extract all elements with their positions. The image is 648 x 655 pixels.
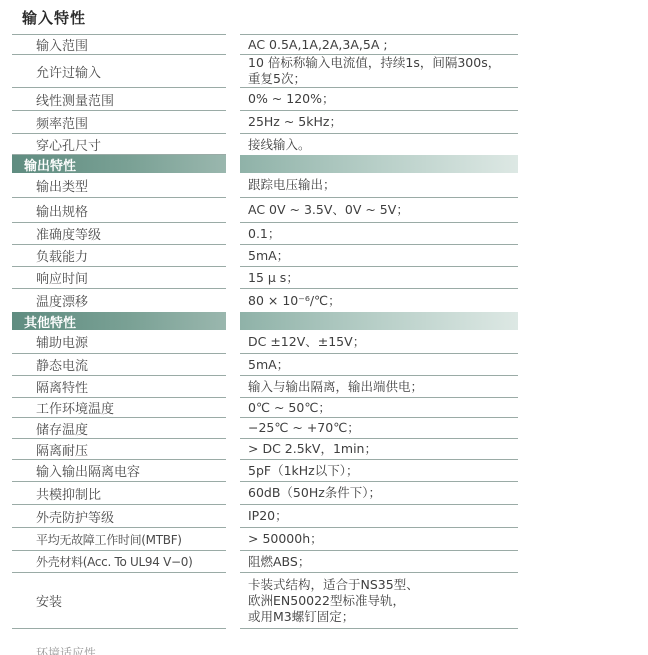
spec-row-cmrr: 共模抑制比 60dB（50Hz条件下）； bbox=[12, 482, 518, 505]
spec-label: 共模抑制比 bbox=[12, 482, 226, 505]
spec-label: 静态电流 bbox=[12, 354, 226, 376]
spec-label: 准确度等级 bbox=[12, 223, 226, 245]
spec-label: 储存温度 bbox=[12, 418, 226, 439]
spec-label: 温度漂移 bbox=[12, 289, 226, 312]
spec-value: 25Hz ~ 5kHz； bbox=[240, 111, 518, 134]
spec-label: 平均无故障工作时间(MTBF) bbox=[12, 528, 226, 551]
spec-value: 5mA； bbox=[240, 245, 518, 267]
spec-row-mounting: 安装 卡装式结构，适合于NS35型、 欧洲EN50022型标准导轨， 或用M3螺… bbox=[12, 573, 518, 629]
spec-label: 负载能力 bbox=[12, 245, 226, 267]
section-title: 输出特性 bbox=[12, 155, 226, 173]
section-header-output: 输出特性 bbox=[12, 155, 518, 173]
spec-value: 卡装式结构，适合于NS35型、 欧洲EN50022型标准导轨， 或用M3螺钉固定… bbox=[240, 573, 518, 629]
spec-value: DC ±12V、±15V； bbox=[240, 330, 518, 354]
spec-label: 安装 bbox=[12, 573, 226, 629]
spec-row-isolation: 隔离特性 输入与输出隔离，输出端供电； bbox=[12, 376, 518, 398]
spec-value: 80 × 10⁻⁶/℃； bbox=[240, 289, 518, 312]
spec-label: 响应时间 bbox=[12, 267, 226, 289]
spec-value: 0% ~ 120%； bbox=[240, 88, 518, 111]
spec-value: 0.1； bbox=[240, 223, 518, 245]
spec-value: IP20； bbox=[240, 505, 518, 528]
spec-label: 输入范围 bbox=[12, 34, 226, 55]
spec-value: > 50000h； bbox=[240, 528, 518, 551]
spec-row-load: 负载能力 5mA； bbox=[12, 245, 518, 267]
spec-value: 15 μ s； bbox=[240, 267, 518, 289]
spec-row-input-range: 输入范围 AC 0.5A,1A,2A,3A,5A ; bbox=[12, 34, 518, 55]
spec-label: 辅助电源 bbox=[12, 330, 226, 354]
section-header-other: 其他特性 bbox=[12, 312, 518, 330]
spec-value: 0℃ ~ 50℃； bbox=[240, 398, 518, 418]
spec-table: 输入范围 AC 0.5A,1A,2A,3A,5A ; 允许过输入 10 倍标称输… bbox=[12, 34, 518, 629]
spec-label: 隔离特性 bbox=[12, 376, 226, 398]
spec-row-response-time: 响应时间 15 μ s； bbox=[12, 267, 518, 289]
spec-label: 隔离耐压 bbox=[12, 439, 226, 460]
spec-value: > DC 2.5kV，1min； bbox=[240, 439, 518, 460]
spec-row-isolation-capacitance: 输入输出隔离电容 5pF（1kHz以下）； bbox=[12, 460, 518, 482]
spec-row-overload: 允许过输入 10 倍标称输入电流值，持续1s，间隔300s， 重复5次； bbox=[12, 55, 518, 88]
spec-value: AC 0V ~ 3.5V、0V ~ 5V； bbox=[240, 198, 518, 223]
spec-value: 5pF（1kHz以下）； bbox=[240, 460, 518, 482]
spec-value: −25℃ ~ +70℃； bbox=[240, 418, 518, 439]
spec-row-aux-power: 辅助电源 DC ±12V、±15V； bbox=[12, 330, 518, 354]
spec-label: 线性测量范围 bbox=[12, 88, 226, 111]
spec-row-output-spec: 输出规格 AC 0V ~ 3.5V、0V ~ 5V； bbox=[12, 198, 518, 223]
spec-label: 输出规格 bbox=[12, 198, 226, 223]
spec-row-output-type: 输出类型 跟踪电压输出； bbox=[12, 173, 518, 198]
section-title: 其他特性 bbox=[12, 312, 226, 330]
spec-row-accuracy: 准确度等级 0.1； bbox=[12, 223, 518, 245]
spec-row-housing-material: 外壳材料(Acc. To UL94 V−0) 阻燃ABS； bbox=[12, 551, 518, 573]
section-bar bbox=[240, 312, 518, 330]
truncated-row-label: 环境适应性 bbox=[36, 644, 96, 655]
spec-label: 允许过输入 bbox=[12, 55, 226, 88]
spec-value: 5mA； bbox=[240, 354, 518, 376]
spec-row-operating-temp: 工作环境温度 0℃ ~ 50℃； bbox=[12, 398, 518, 418]
spec-value: 60dB（50Hz条件下）； bbox=[240, 482, 518, 505]
spec-row-storage-temp: 储存温度 −25℃ ~ +70℃； bbox=[12, 418, 518, 439]
spec-row-temp-drift: 温度漂移 80 × 10⁻⁶/℃； bbox=[12, 289, 518, 312]
spec-label: 输出类型 bbox=[12, 173, 226, 198]
spec-row-mtbf: 平均无故障工作时间(MTBF) > 50000h； bbox=[12, 528, 518, 551]
spec-value: 接线输入。 bbox=[240, 134, 518, 155]
page-title: 输入特性 bbox=[22, 7, 86, 28]
spec-label: 穿心孔尺寸 bbox=[12, 134, 226, 155]
spec-label: 频率范围 bbox=[12, 111, 226, 134]
spec-value: 输入与输出隔离，输出端供电； bbox=[240, 376, 518, 398]
spec-label: 外壳防护等级 bbox=[12, 505, 226, 528]
spec-label: 输入输出隔离电容 bbox=[12, 460, 226, 482]
spec-row-protection-class: 外壳防护等级 IP20； bbox=[12, 505, 518, 528]
spec-row-quiescent-current: 静态电流 5mA； bbox=[12, 354, 518, 376]
spec-row-linear-range: 线性测量范围 0% ~ 120%； bbox=[12, 88, 518, 111]
spec-row-isolation-voltage: 隔离耐压 > DC 2.5kV，1min； bbox=[12, 439, 518, 460]
section-bar bbox=[240, 155, 518, 173]
spec-value: 阻燃ABS； bbox=[240, 551, 518, 573]
spec-label: 工作环境温度 bbox=[12, 398, 226, 418]
spec-row-frequency: 频率范围 25Hz ~ 5kHz； bbox=[12, 111, 518, 134]
spec-label: 外壳材料(Acc. To UL94 V−0) bbox=[12, 551, 226, 573]
spec-value: AC 0.5A,1A,2A,3A,5A ; bbox=[240, 34, 518, 55]
spec-value: 10 倍标称输入电流值，持续1s，间隔300s， 重复5次； bbox=[240, 55, 518, 88]
spec-value: 跟踪电压输出； bbox=[240, 173, 518, 198]
spec-row-hole-size: 穿心孔尺寸 接线输入。 bbox=[12, 134, 518, 155]
